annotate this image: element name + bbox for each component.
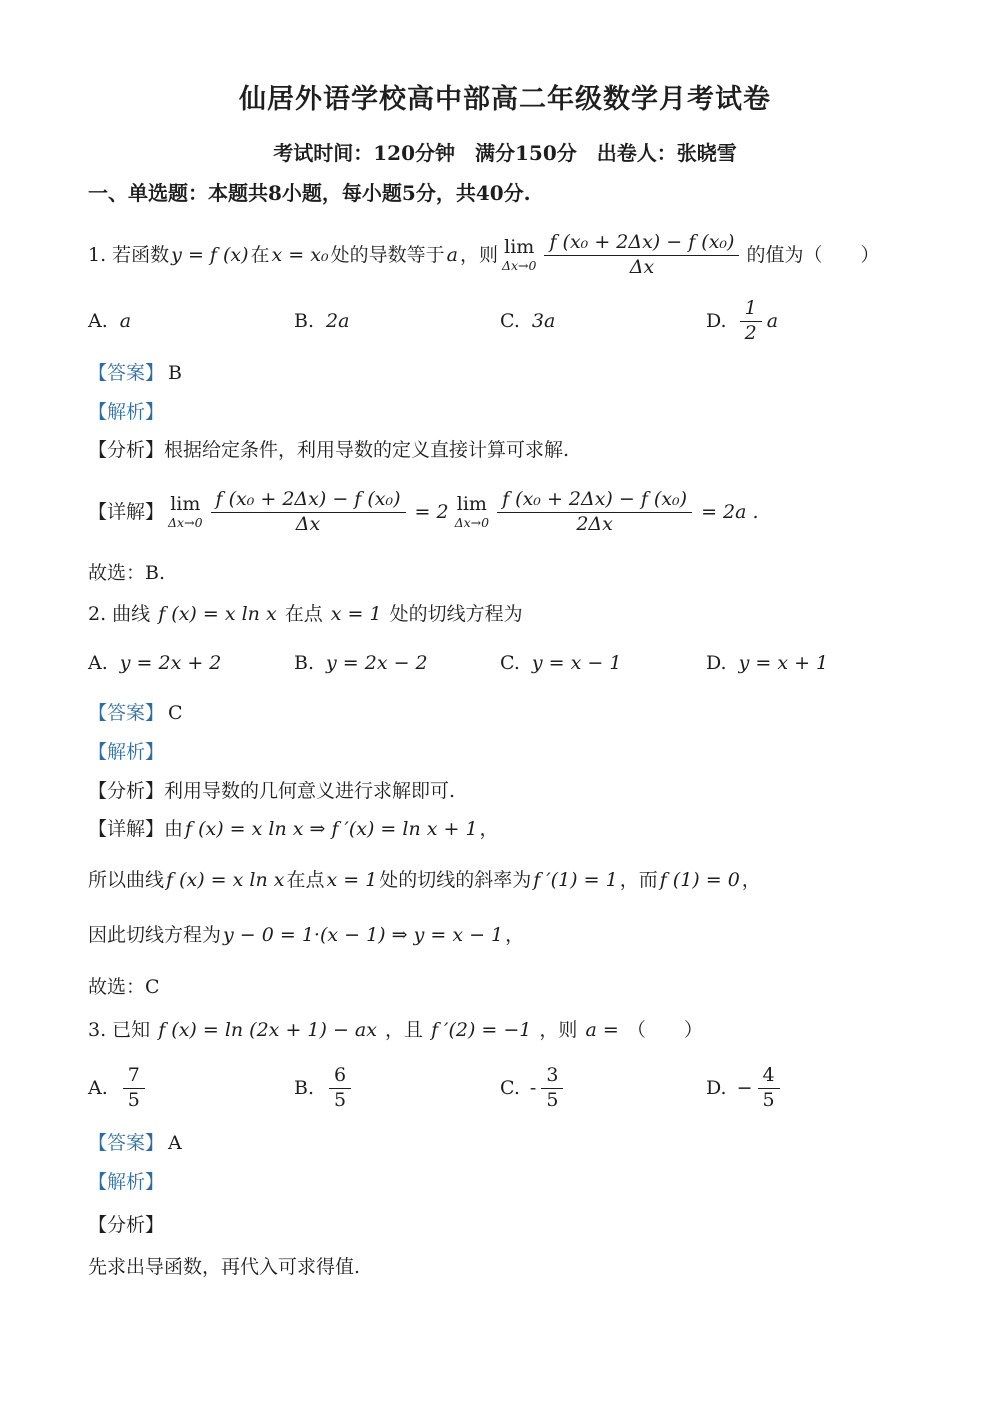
q1-answer-value: B (168, 362, 182, 384)
q1-jiexi-line: 【解析】 (88, 400, 922, 425)
fraction: f (x₀ + 2Δx) − f (x₀) Δx (544, 232, 739, 279)
option-label: A. (88, 309, 108, 334)
q3-option-d: D. − 4 5 (706, 1065, 783, 1112)
fenxi-tag: 【分析】 (88, 1214, 164, 1236)
option-value: y = x + 1 (737, 651, 831, 676)
option-label: C. (500, 651, 520, 676)
exam-title: 仙居外语学校高中部高二年级数学月考试卷 (88, 84, 922, 116)
q2-guxuan-line: 故选：C (88, 975, 922, 1000)
lim-word: lim (457, 495, 487, 514)
q1-detail-limit-2: lim Δx→0 f (x₀ + 2Δx) − f (x₀) 2Δx (455, 489, 696, 536)
q3-final-line: 先求出导函数，再代入可求得值. (88, 1255, 922, 1280)
q1-stem: 1. 若函数 y = f (x) 在 x = x₀ 处的导数等于 a ，则 li… (88, 220, 922, 290)
answer-tag: 【答案】 (88, 362, 164, 384)
fraction-numerator: f (x₀ + 2Δx) − f (x₀) (544, 232, 739, 256)
fraction-numerator: 6 (329, 1065, 351, 1089)
q1-limit-formula: lim Δx→0 f (x₀ + 2Δx) − f (x₀) Δx (502, 232, 743, 279)
lim-subscript: Δx→0 (168, 517, 203, 530)
fraction: 6 5 (329, 1065, 351, 1112)
q3-options: A. 7 5 B. 6 5 C. - 3 5 D. − (88, 1065, 922, 1112)
option-label: B. (294, 651, 314, 676)
q2-detail2-math-1: f (x) = x ln x (164, 869, 286, 891)
q1-detail-line: 【详解】 lim Δx→0 f (x₀ + 2Δx) − f (x₀) Δx =… (88, 477, 922, 547)
option-value: 2a (324, 309, 351, 334)
fraction-denominator: 5 (541, 1089, 563, 1112)
fraction-numerator: 7 (123, 1065, 145, 1089)
q1-stem-seg-4: ，则 (460, 243, 498, 268)
q1-detail-equals-2: = 2a . (699, 500, 760, 525)
fraction: 4 5 (758, 1065, 780, 1112)
option-value: 3a (530, 309, 557, 334)
q2-detail2-seg-4: ，而 (620, 869, 658, 891)
fraction-numerator: 3 (541, 1065, 563, 1089)
q1-fenxi-line: 【分析】根据给定条件，利用导数的定义直接计算可求解. (88, 438, 922, 463)
jiexi-tag: 【解析】 (88, 1171, 164, 1193)
exam-subtitle: 考试时间：120分钟 满分150分 出卷人：张晓雪 (88, 140, 922, 166)
lim-word: lim (170, 495, 200, 514)
limit-operator: lim Δx→0 (455, 495, 490, 530)
fenxi-tag: 【分析】 (88, 439, 164, 461)
fraction-numerator: f (x₀ + 2Δx) − f (x₀) (497, 489, 692, 513)
fenxi-tag: 【分析】 (88, 780, 164, 802)
q2-option-b: B. y = 2x − 2 (294, 651, 500, 676)
q1-guxuan-line: 故选：B. (88, 561, 922, 586)
q3-option-a: A. 7 5 (88, 1065, 294, 1112)
q1-detail-equals-1: = 2 (413, 500, 451, 525)
q3-option-c: C. - 3 5 (500, 1065, 706, 1112)
option-label: D. (706, 651, 727, 676)
q2-detail1-seg-2: ， (480, 818, 499, 840)
q2-option-a: A. y = 2x + 2 (88, 651, 294, 676)
q2-fenxi-line: 【分析】利用导数的几何意义进行求解即可. (88, 779, 922, 804)
jiexi-tag: 【解析】 (88, 741, 164, 763)
q2-detail2-seg-3: 处的切线的斜率为 (379, 869, 531, 891)
q3-answer-value: A (168, 1132, 182, 1154)
q2-detail-line-2: 所以曲线f (x) = x ln x在点x = 1处的切线的斜率为f ′(1) … (88, 868, 922, 893)
exam-document: 仙居外语学校高中部高二年级数学月考试卷 考试时间：120分钟 满分150分 出卷… (0, 0, 1000, 1414)
q2-detail-line-3: 因此切线方程为y − 0 = 1·(x − 1) ⇒ y = x − 1， (88, 923, 922, 948)
q2-stem-seg-3: 处的切线方程为 (390, 603, 523, 625)
fraction-denominator: 5 (123, 1089, 145, 1112)
limit-operator: lim Δx→0 (502, 238, 537, 273)
lim-subscript: Δx→0 (502, 260, 537, 273)
q2-jiexi-line: 【解析】 (88, 740, 922, 765)
fraction: 3 5 (541, 1065, 563, 1112)
q1-stem-seg-1: 1. 若函数 (88, 243, 169, 268)
q3-option-b: B. 6 5 (294, 1065, 500, 1112)
q1-option-d: D. 1 2 a (706, 298, 780, 345)
option-label: C. (500, 309, 520, 334)
option-label: A. (88, 1076, 108, 1101)
option-label: A. (88, 651, 108, 676)
section-heading: 一、单选题：本题共8小题，每小题5分，共40分. (88, 180, 922, 206)
answer-tag: 【答案】 (88, 1132, 164, 1154)
q2-detail3-seg-1: 因此切线方程为 (88, 924, 221, 946)
q2-option-c: C. y = x − 1 (500, 651, 706, 676)
xiangjie-tag: 【详解】 (88, 818, 164, 840)
q1-math-a: a (445, 243, 460, 268)
option-value: y = x − 1 (530, 651, 624, 676)
q1-stem-seg-3: 处的导数等于 (331, 243, 445, 268)
xiangjie-tag: 【详解】 (88, 500, 164, 525)
fraction-denominator: Δx (625, 256, 659, 279)
option-label: B. (294, 1076, 314, 1101)
q1-answer-line: 【答案】B (88, 361, 922, 386)
q2-math-x1: x = 1 (329, 603, 384, 625)
q2-detail3-math: y − 0 = 1·(x − 1) ⇒ y = x − 1 (221, 924, 505, 946)
fraction: f (x₀ + 2Δx) − f (x₀) 2Δx (497, 489, 692, 536)
option-value-suffix: a (765, 309, 780, 334)
fraction-numerator: 1 (740, 298, 762, 322)
q2-detail2-math-2: x = 1 (324, 869, 379, 891)
q1-stem-seg-2: 在 (251, 243, 270, 268)
lim-subscript: Δx→0 (455, 517, 490, 530)
fraction-numerator: 4 (758, 1065, 780, 1089)
q2-detail2-math-4: f (1) = 0 (658, 869, 742, 891)
q2-answer-line: 【答案】C (88, 701, 922, 726)
q3-answer-line: 【答案】A (88, 1131, 922, 1156)
q3-jiexi-line: 【解析】 (88, 1170, 922, 1195)
option-value: y = 2x + 2 (118, 651, 224, 676)
q2-math-fx: f (x) = x ln x (156, 603, 278, 625)
fraction: 7 5 (123, 1065, 145, 1112)
q1-option-a: A. a (88, 309, 294, 334)
q1-fenxi-text: 根据给定条件，利用导数的定义直接计算可求解. (164, 439, 569, 461)
option-label: D. (706, 1076, 727, 1101)
q2-detail1-math: f (x) = x ln x ⇒ f ′(x) = ln x + 1 (183, 818, 480, 840)
limit-operator: lim Δx→0 (168, 495, 203, 530)
fraction-denominator: 2 (740, 322, 762, 345)
q2-stem: 2. 曲线 f (x) = x ln x 在点 x = 1 处的切线方程为 (88, 602, 922, 627)
q2-answer-value: C (168, 702, 183, 724)
q2-detail2-seg-1: 所以曲线 (88, 869, 164, 891)
option-label: D. (706, 309, 727, 334)
q2-stem-seg-2: 在点 (285, 603, 323, 625)
q2-stem-seg-1: 2. 曲线 (88, 603, 150, 625)
q3-math-fx: f (x) = ln (2x + 1) − ax (156, 1019, 379, 1041)
q1-detail-limit-1: lim Δx→0 f (x₀ + 2Δx) − f (x₀) Δx (168, 489, 409, 536)
option-sign: − (737, 1076, 753, 1101)
fraction-denominator: 5 (758, 1089, 780, 1112)
q1-option-c: C. 3a (500, 309, 706, 334)
q3-stem-seg-4: （ ） (627, 1019, 703, 1041)
option-value: a (118, 309, 133, 334)
answer-tag: 【答案】 (88, 702, 164, 724)
q3-stem-seg-2: ，且 (385, 1019, 423, 1041)
option-value: y = 2x − 2 (324, 651, 430, 676)
q2-fenxi-text: 利用导数的几何意义进行求解即可. (164, 780, 455, 802)
q2-detail2-math-3: f ′(1) = 1 (531, 869, 619, 891)
q2-detail2-seg-2: 在点 (286, 869, 324, 891)
q1-options: A. a B. 2a C. 3a D. 1 2 a (88, 298, 922, 345)
q2-detail-line-1: 【详解】由f (x) = x ln x ⇒ f ′(x) = ln x + 1， (88, 817, 922, 842)
option-label: B. (294, 309, 314, 334)
q1-option-b: B. 2a (294, 309, 500, 334)
q3-stem: 3. 已知 f (x) = ln (2x + 1) − ax ，且 f ′(2)… (88, 1018, 922, 1043)
q3-math-fprime: f ′(2) = −1 (429, 1019, 533, 1041)
q3-stem-seg-1: 3. 已知 (88, 1019, 150, 1041)
q1-math-x-x0: x = x₀ (270, 243, 331, 268)
q3-fenxi-line: 【分析】 (88, 1213, 922, 1238)
fraction-denominator: 5 (329, 1089, 351, 1112)
q3-math-a-eq: a = (583, 1019, 620, 1041)
q1-stem-seg-5: 的值为（ ） (746, 243, 879, 268)
q2-detail2-seg-5: ， (742, 869, 761, 891)
fraction-numerator: f (x₀ + 2Δx) − f (x₀) (211, 489, 406, 513)
option-sign: - (530, 1076, 536, 1101)
q2-detail1-seg-1: 由 (164, 818, 183, 840)
q1-math-y-fx: y = f (x) (169, 243, 250, 268)
fraction: f (x₀ + 2Δx) − f (x₀) Δx (211, 489, 406, 536)
fraction-denominator: 2Δx (571, 513, 618, 536)
q2-detail3-seg-2: ， (505, 924, 524, 946)
lim-word: lim (504, 238, 534, 257)
option-label: C. (500, 1076, 520, 1101)
q2-option-d: D. y = x + 1 (706, 651, 830, 676)
fraction: 1 2 (740, 298, 762, 345)
q2-options: A. y = 2x + 2 B. y = 2x − 2 C. y = x − 1… (88, 651, 922, 676)
jiexi-tag: 【解析】 (88, 401, 164, 423)
fraction-denominator: Δx (291, 513, 325, 536)
q3-stem-seg-3: ，则 (539, 1019, 577, 1041)
